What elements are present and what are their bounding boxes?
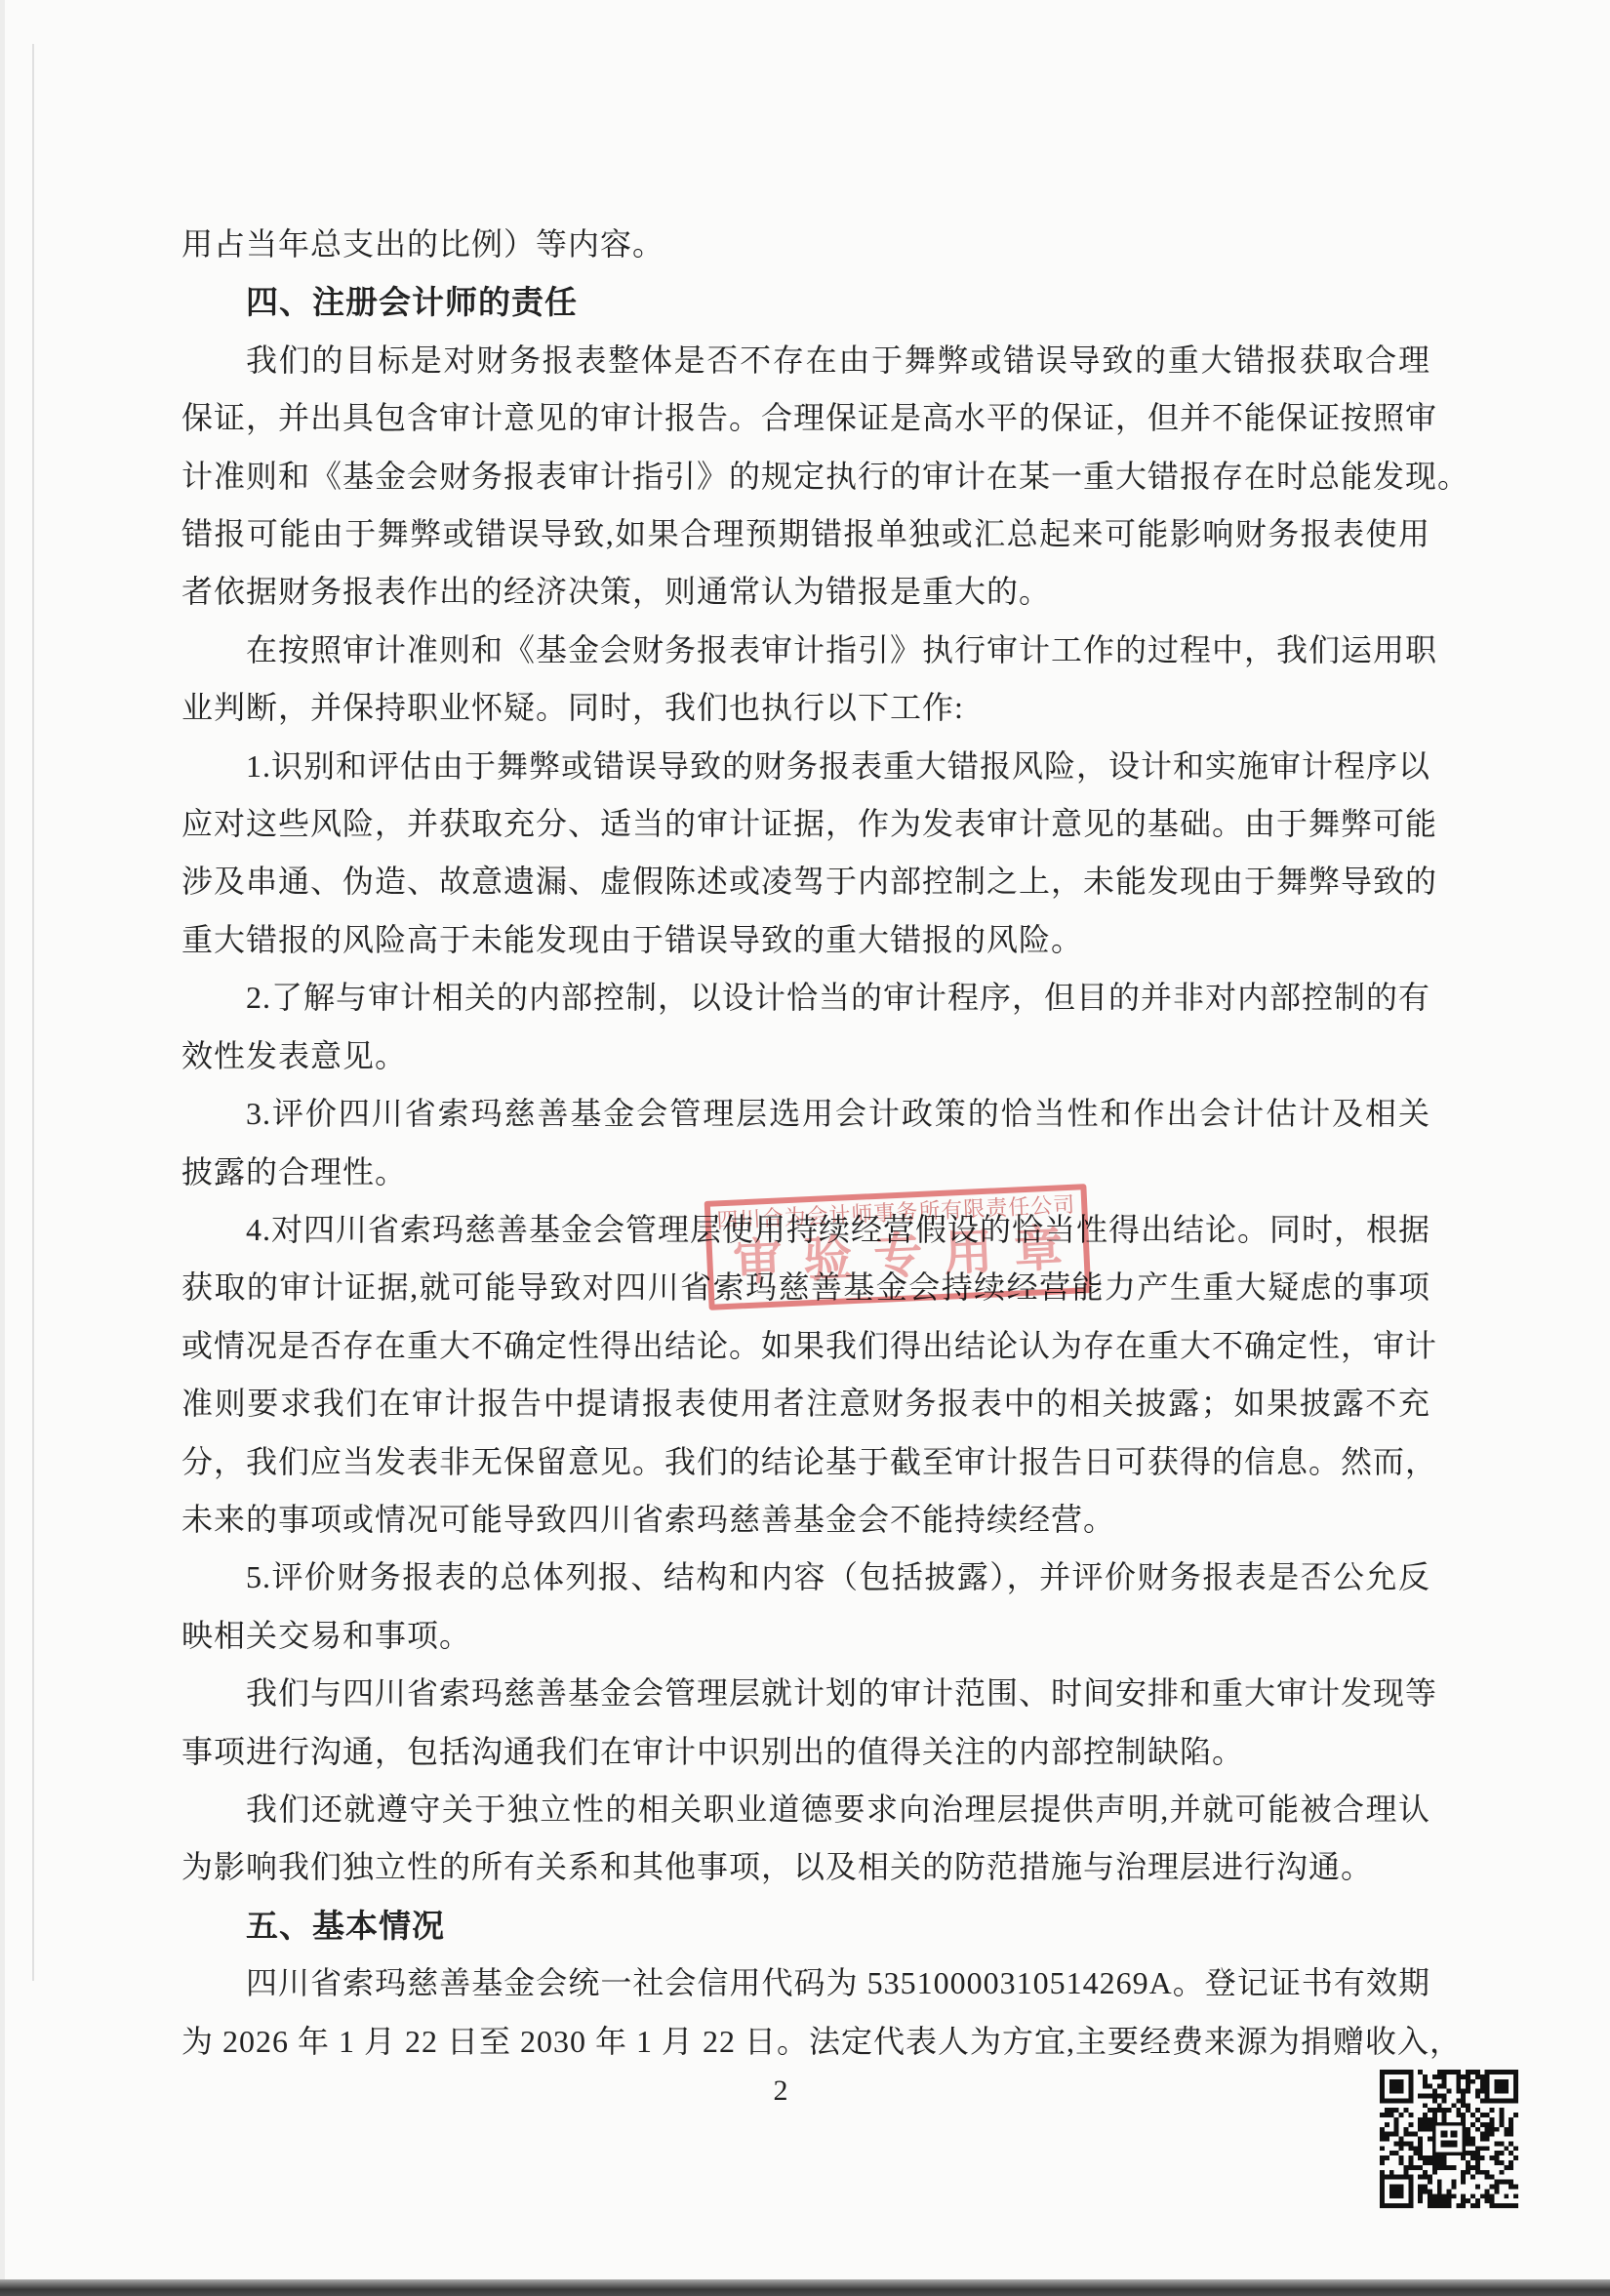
text-line: 披露的合理性。 [181, 1144, 1430, 1201]
text-line: 保证，并出具包含审计意见的审计报告。合理保证是高水平的保证，但并不能保证按照审 [181, 389, 1430, 447]
text-line: 用占当年总支出的比例）等内容。 [181, 216, 1430, 273]
text-line: 我们与四川省索玛慈善基金会管理层就计划的审计范围、时间安排和重大审计发现等 [181, 1665, 1430, 1722]
text-line: 未来的事项或情况可能导致四川省索玛慈善基金会不能持续经营。 [181, 1491, 1430, 1549]
text-line: 获取的审计证据,就可能导致对四川省索玛慈善基金会持续经营能力产生重大疑虑的事项 [181, 1259, 1430, 1316]
text-line: 业判断，并保持职业怀疑。同时，我们也执行以下工作: [181, 679, 1430, 737]
text-line: 者依据财务报表作出的经济决策，则通常认为错报是重大的。 [181, 563, 1430, 621]
page-number: 2 [624, 2074, 937, 2108]
text-line: 效性发表意见。 [181, 1027, 1430, 1085]
text-line: 错报可能由于舞弊或错误导致,如果合理预期错报单独或汇总起来可能影响财务报表使用 [181, 505, 1430, 563]
qr-code-icon [1380, 2070, 1518, 2208]
text-line: 5.评价财务报表的总体列报、结构和内容（包括披露），并评价财务报表是否公允反 [181, 1549, 1430, 1606]
text-line: 涉及串通、伪造、故意遗漏、虚假陈述或凌驾于内部控制之上，未能发现由于舞弊导致的 [181, 853, 1430, 910]
scan-bottom-edge [0, 2279, 1610, 2296]
text-line: 准则要求我们在审计报告中提请报表使用者注意财务报表中的相关披露；如果披露不充 [181, 1375, 1430, 1432]
text-line: 3.评价四川省索玛慈善基金会管理层选用会计政策的恰当性和作出会计估计及相关 [181, 1085, 1430, 1143]
text-line: 在按照审计准则和《基金会财务报表审计指引》执行审计工作的过程中，我们运用职 [181, 622, 1430, 679]
text-line: 为 2026 年 1 月 22 日至 2030 年 1 月 22 日。法定代表人… [181, 2013, 1430, 2071]
section-heading: 五、基本情况 [181, 1897, 1430, 1954]
text-line: 映相关交易和事项。 [181, 1607, 1430, 1665]
text-line: 我们的目标是对财务报表整体是否不存在由于舞弊或错误导致的重大错报获取合理 [181, 332, 1430, 389]
document-text: 用占当年总支出的比例）等内容。四、注册会计师的责任我们的目标是对财务报表整体是否… [181, 216, 1430, 2071]
text-line: 4.对四川省索玛慈善基金会管理层使用持续经营假设的恰当性得出结论。同时，根据 [181, 1201, 1430, 1259]
text-line: 或情况是否存在重大不确定性得出结论。如果我们得出结论认为存在重大不确定性，审计 [181, 1317, 1430, 1375]
scanned-audit-report-page: 用占当年总支出的比例）等内容。四、注册会计师的责任我们的目标是对财务报表整体是否… [0, 0, 1610, 2296]
scan-artifact-line [32, 44, 34, 1981]
text-line: 重大错报的风险高于未能发现由于错误导致的重大错报的风险。 [181, 911, 1430, 969]
text-line: 应对这些风险，并获取充分、适当的审计证据，作为发表审计意见的基础。由于舞弊可能 [181, 795, 1430, 853]
text-line: 分，我们应当发表非无保留意见。我们的结论基于截至审计报告日可获得的信息。然而， [181, 1433, 1430, 1491]
text-line: 2.了解与审计相关的内部控制，以设计恰当的审计程序，但目的并非对内部控制的有 [181, 969, 1430, 1027]
scan-left-edge [0, 0, 5, 2296]
text-line: 我们还就遵守关于独立性的相关职业道德要求向治理层提供声明,并就可能被合理认 [181, 1781, 1430, 1838]
text-line: 计准则和《基金会财务报表审计指引》的规定执行的审计在某一重大错报存在时总能发现。 [181, 448, 1430, 505]
text-line: 事项进行沟通，包括沟通我们在审计中识别出的值得关注的内部控制缺陷。 [181, 1723, 1430, 1781]
text-line: 四川省索玛慈善基金会统一社会信用代码为 53510000310514269A。登… [181, 1954, 1430, 2012]
text-line: 1.识别和评估由于舞弊或错误导致的财务报表重大错报风险，设计和实施审计程序以 [181, 738, 1430, 795]
section-heading: 四、注册会计师的责任 [181, 273, 1430, 331]
text-line: 为影响我们独立性的所有关系和其他事项，以及相关的防范措施与治理层进行沟通。 [181, 1838, 1430, 1896]
